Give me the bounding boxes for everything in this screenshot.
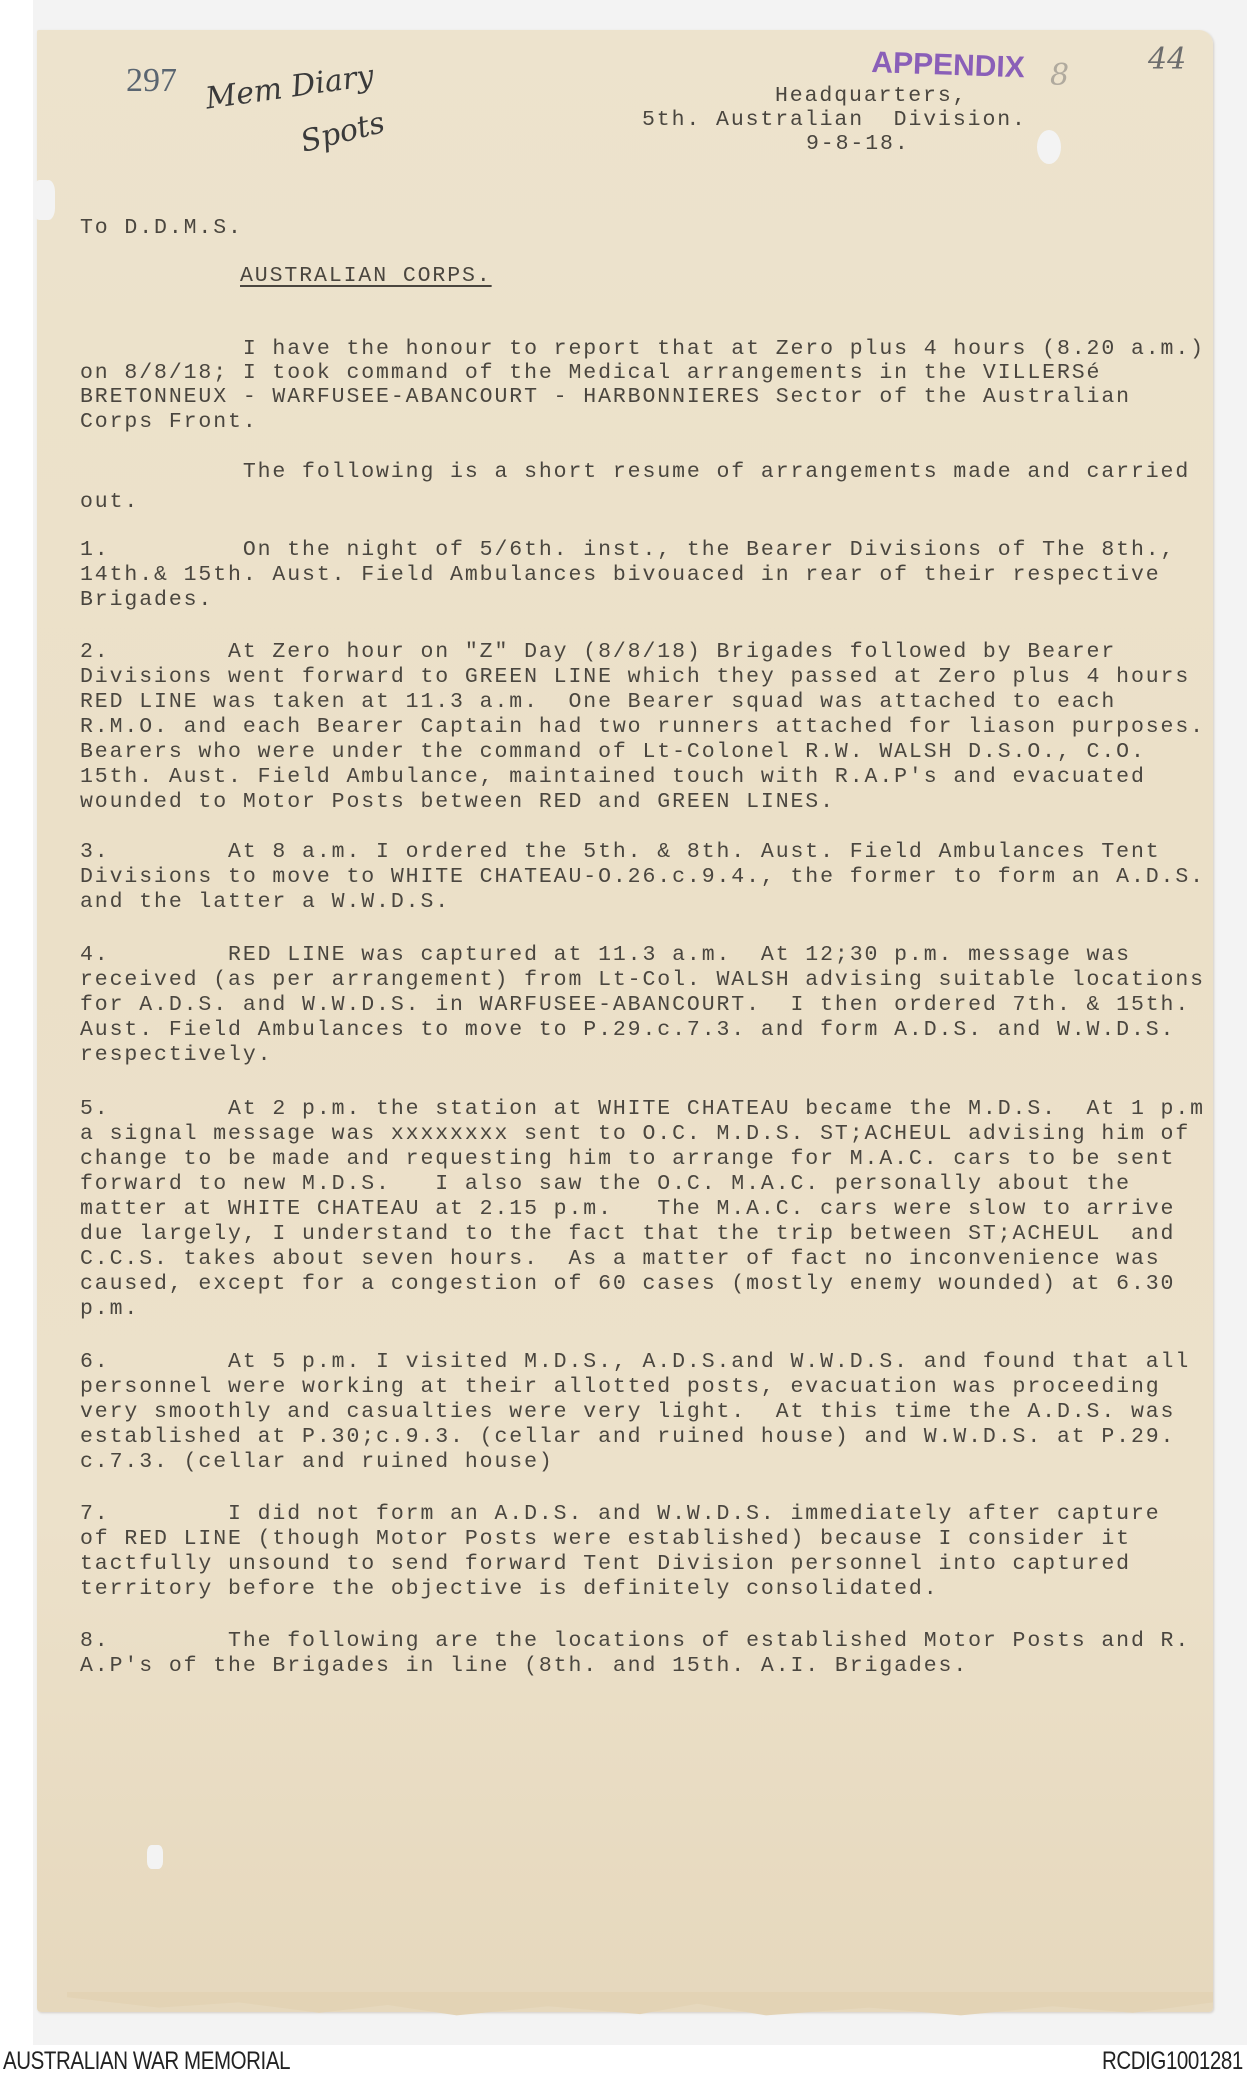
paper-hole [147, 1845, 163, 1869]
intro-line: Corps Front. [80, 410, 258, 435]
paragraph-line: Aust. Field Ambulances to move to P.29.c… [80, 1018, 1175, 1043]
paragraph-line: 5. At 2 p.m. the station at WHITE CHATEA… [80, 1097, 1205, 1122]
sender-line-2: 5th. Australian Division. [642, 108, 1027, 133]
torn-edge [33, 180, 55, 220]
intro-line: I have the honour to report that at Zero… [80, 337, 1205, 362]
file-number-stamp: 297 [126, 62, 177, 100]
record-id: RCDIG1001281 [1102, 2047, 1243, 2076]
paragraph-line: established at P.30;c.9.3. (cellar and r… [80, 1425, 1175, 1450]
paragraph-line: personnel were working at their allotted… [80, 1375, 1161, 1400]
paragraph-line: RED LINE was taken at 11.3 a.m. One Bear… [80, 690, 1116, 715]
paragraph-line: forward to new M.D.S. I also saw the O.C… [80, 1172, 1131, 1197]
paragraph-line: c.7.3. (cellar and ruined house) [80, 1450, 554, 1475]
paragraph-line: very smoothly and casualties were very l… [80, 1400, 1175, 1425]
paragraph-line: territory before the objective is defini… [80, 1577, 939, 1602]
paragraph-line: and the latter a W.W.D.S. [80, 890, 450, 915]
paragraph-line: 6. At 5 p.m. I visited M.D.S., A.D.S.and… [80, 1350, 1190, 1375]
paragraph-line: respectively. [80, 1043, 272, 1068]
paragraph-line: of RED LINE (though Motor Posts were est… [80, 1527, 1131, 1552]
paragraph-line: 15th. Aust. Field Ambulance, maintained … [80, 765, 1146, 790]
paragraph-line: Divisions to move to WHITE CHATEAU-O.26.… [80, 865, 1205, 890]
paragraph-line: R.M.O. and each Bearer Captain had two r… [80, 715, 1205, 740]
paragraph-line: p.m. [80, 1297, 139, 1322]
document-date: 9-8-18. [806, 132, 910, 157]
paragraph-line: change to be made and requesting him to … [80, 1147, 1175, 1172]
paragraph-line: caused, except for a congestion of 60 ca… [80, 1272, 1175, 1297]
appendix-stamp: APPENDIX [871, 46, 1025, 85]
punch-hole [1037, 130, 1061, 164]
sender-line-1: Headquarters, [775, 84, 967, 109]
addressee: To D.D.M.S. [80, 216, 243, 241]
page-number: 44 [1148, 42, 1186, 77]
paragraph-line: due largely, I understand to the fact th… [80, 1222, 1175, 1247]
paragraph-line: Divisions went forward to GREEN LINE whi… [80, 665, 1190, 690]
paragraph-line: wounded to Motor Posts between RED and G… [80, 790, 835, 815]
paragraph-line: 2. At Zero hour on "Z" Day (8/8/18) Brig… [80, 640, 1116, 665]
paragraph-line: Brigades. [80, 588, 213, 613]
paragraph-line: A.P's of the Brigades in line (8th. and … [80, 1654, 968, 1679]
resume-line: out. [80, 490, 139, 515]
paragraph-line: 7. I did not form an A.D.S. and W.W.D.S.… [80, 1502, 1161, 1527]
intro-line: on 8/8/18; I took command of the Medical… [80, 361, 1101, 386]
paragraph-line: tactfully unsound to send forward Tent D… [80, 1552, 1131, 1577]
paragraph-line: 3. At 8 a.m. I ordered the 5th. & 8th. A… [80, 840, 1161, 865]
corps-heading: AUSTRALIAN CORPS. [240, 264, 492, 289]
intro-line: BRETONNEUX - WARFUSEE-ABANCOURT - HARBON… [80, 385, 1131, 410]
paragraph-line: a signal message was xxxxxxxx sent to O.… [80, 1122, 1190, 1147]
paragraph-line: 1. On the night of 5/6th. inst., the Bea… [80, 538, 1175, 563]
resume-line: The following is a short resume of arran… [80, 460, 1190, 485]
paragraph-line: 4. RED LINE was captured at 11.3 a.m. At… [80, 943, 1131, 968]
paragraph-line: matter at WHITE CHATEAU at 2.15 p.m. The… [80, 1197, 1175, 1222]
appendix-number: 8 [1050, 58, 1069, 93]
institution-credit: AUSTRALIAN WAR MEMORIAL [3, 2047, 290, 2076]
paragraph-line: 8. The following are the locations of es… [80, 1629, 1190, 1654]
paragraph-line: received (as per arrangement) from Lt-Co… [80, 968, 1205, 993]
paragraph-line: Bearers who were under the command of Lt… [80, 740, 1146, 765]
paragraph-line: C.C.S. takes about seven hours. As a mat… [80, 1247, 1161, 1272]
paragraph-line: for A.D.S. and W.W.D.S. in WARFUSEE-ABAN… [80, 993, 1190, 1018]
paragraph-line: 14th.& 15th. Aust. Field Ambulances bivo… [80, 563, 1161, 588]
